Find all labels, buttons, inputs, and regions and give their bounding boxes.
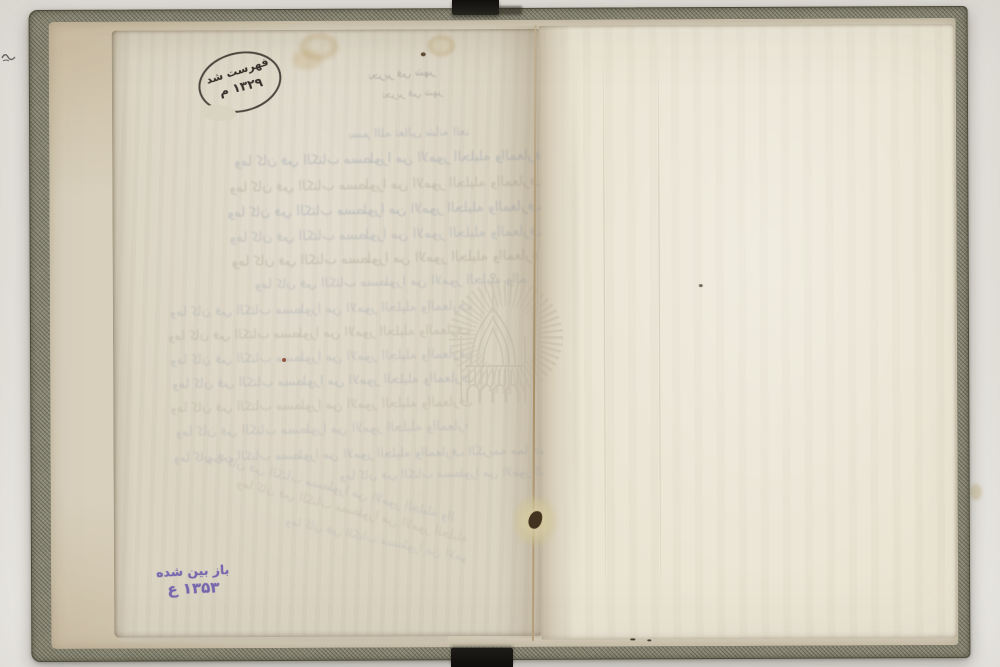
red-speck [282,358,286,362]
speck [647,639,651,641]
strap-shadow [498,6,522,15]
ink-speck [421,52,426,56]
speck [699,284,703,287]
book-cover: تحرير في شهر تحرير في شهر بسم الله تعالى… [29,6,971,662]
cradle-strap-top [452,0,499,15]
review-stamp: باز بین شده ۱۳۵۳ ع [149,562,236,599]
speck [630,638,635,640]
cradle-strap-bottom [451,648,513,667]
stain [428,35,455,56]
right-page [539,24,958,640]
stain [292,50,322,70]
gutter-shadow [539,26,576,638]
review-stamp-year: ۱۳۵۳ ع [150,578,237,599]
background-pen-mark [0,50,18,64]
photo-background: تحرير في شهر تحرير في شهر بسم الله تعالى… [0,0,1000,667]
bleedthrough-line: بسم الله تعالى شانه العزيز [348,122,468,143]
background-stain [970,484,982,500]
bleedthrough-line: تحرير في شهر [381,84,444,105]
